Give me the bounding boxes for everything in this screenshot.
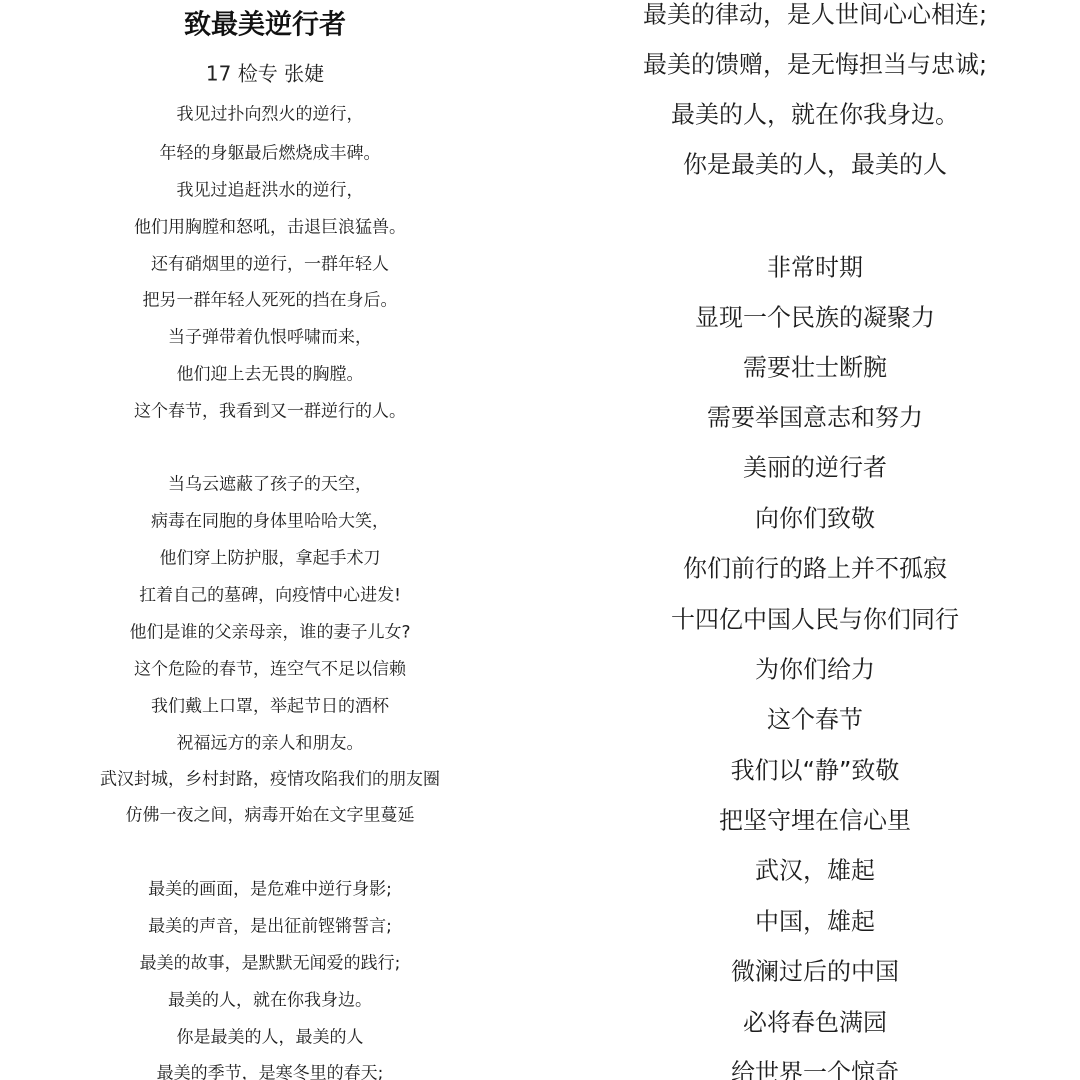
poem-line: 祝福远方的亲人和朋友。 bbox=[177, 729, 364, 754]
poem-line: 中国，雄起 bbox=[755, 902, 875, 937]
poem-line: 显现一个民族的凝聚力 bbox=[695, 298, 935, 333]
poem-line: 仿佛一夜之间，病毒开始在文字里蔓延 bbox=[126, 801, 415, 826]
poem-line: 微澜过后的中国 bbox=[731, 952, 899, 987]
poem-line: 我见过扑向烈火的逆行， bbox=[177, 100, 364, 125]
poem-line: 病毒在同胞的身体里哈哈大笑， bbox=[151, 507, 389, 532]
poem-line: 最美的声音，是出征前铿锵誓言; bbox=[148, 912, 392, 937]
poem-line: 最美的画面，是危难中逆行身影; bbox=[148, 875, 392, 900]
poem-line: 这个春节，我看到又一群逆行的人。 bbox=[134, 397, 406, 422]
poem-line: 最美的人，就在你我身边。 bbox=[168, 986, 372, 1011]
poem-line: 最美的馈赠，是无悔担当与忠诚; bbox=[643, 45, 987, 80]
poem-line: 十四亿中国人民与你们同行 bbox=[671, 600, 959, 635]
poem-line: 当子弹带着仇恨呼啸而来， bbox=[168, 323, 372, 348]
poem-line: 最美的律动，是人世间心心相连; bbox=[643, 0, 987, 30]
poem-line: 武汉，雄起 bbox=[755, 851, 875, 886]
poem-line: 最美的故事，是默默无闻爱的践行; bbox=[140, 949, 401, 974]
poem-line: 他们是谁的父亲母亲，谁的妻子儿女? bbox=[129, 618, 410, 643]
poem-line: 把另一群年轻人死死的挡在身后。 bbox=[143, 286, 398, 311]
poem-line: 最美的季节，是寒冬里的春天; bbox=[157, 1059, 384, 1080]
poem-line: 美丽的逆行者 bbox=[743, 448, 887, 483]
poem-line: 必将春色满园 bbox=[743, 1003, 887, 1038]
poem-line: 我见过追赶洪水的逆行， bbox=[177, 176, 364, 201]
poem-line: 他们用胸膛和怒吼，击退巨浪猛兽。 bbox=[134, 213, 406, 238]
poem-line: 向你们致敬 bbox=[755, 499, 875, 534]
poem-line: 你是最美的人，最美的人 bbox=[683, 145, 947, 180]
poem-line: 我们以“静”致敬 bbox=[731, 751, 900, 786]
poem-line: 你是最美的人，最美的人 bbox=[177, 1023, 364, 1048]
poem-line: 给世界一个惊奇 bbox=[731, 1053, 899, 1080]
poem-line: 非常时期 bbox=[767, 248, 863, 283]
poem-author: 17 检专 张婕 bbox=[206, 58, 324, 87]
poem-title: 致最美逆行者 bbox=[184, 3, 346, 42]
poem-line: 这个春节 bbox=[767, 700, 863, 735]
poem-line: 当乌云遮蔽了孩子的天空， bbox=[168, 470, 372, 495]
poem-line: 他们迎上去无畏的胸膛。 bbox=[177, 360, 364, 385]
poem-line: 扛着自己的墓碑，向疫情中心进发! bbox=[139, 581, 401, 606]
poem-line: 需要举国意志和努力 bbox=[707, 398, 923, 433]
poem-line: 还有硝烟里的逆行，一群年轻人 bbox=[151, 250, 389, 275]
poem-line: 这个危险的春节，连空气不足以信赖 bbox=[134, 655, 406, 680]
poem-line: 我们戴上口罩，举起节日的酒杯 bbox=[151, 692, 389, 717]
poem-line: 需要壮士断腕 bbox=[743, 348, 887, 383]
poem-line: 把坚守埋在信心里 bbox=[719, 801, 911, 836]
poem-line: 你们前行的路上并不孤寂 bbox=[683, 549, 947, 584]
poem-line: 他们穿上防护服，拿起手术刀 bbox=[160, 544, 381, 569]
poem-line: 最美的人，就在你我身边。 bbox=[671, 95, 959, 130]
poem-line: 年轻的身躯最后燃烧成丰碑。 bbox=[160, 139, 381, 164]
poem-line: 为你们给力 bbox=[755, 650, 875, 685]
poem-line: 武汉封城，乡村封路，疫情攻陷我们的朋友圈 bbox=[100, 765, 440, 790]
